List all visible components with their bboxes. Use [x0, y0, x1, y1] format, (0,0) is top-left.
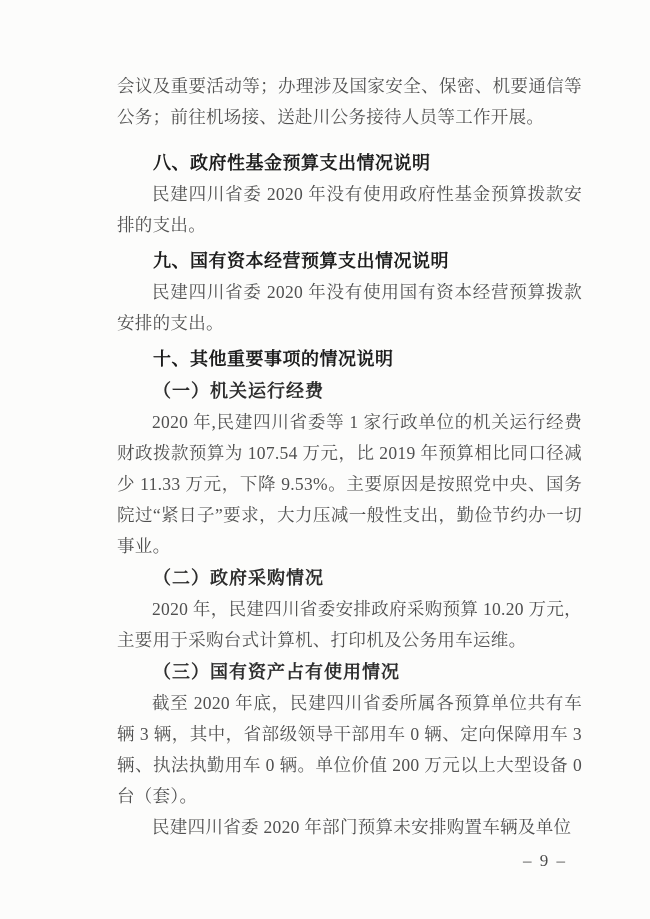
section-heading-9: 九、国有资本经营预算支出情况说明 — [117, 246, 582, 277]
subsection-heading-2: （二）政府采购情况 — [117, 563, 582, 594]
paragraph-agency-operating-funds: 2020 年,民建四川省委等 1 家行政单位的机关运行经费财政拨款预算为 107… — [117, 407, 582, 562]
paragraph-incomplete: 民建四川省委 2020 年部门预算未安排购置车辆及单位 — [117, 812, 582, 843]
paragraph-state-assets: 截至 2020 年底，民建四川省委所属各预算单位共有车辆 3 辆，其中，省部级领… — [117, 688, 582, 812]
section-heading-8: 八、政府性基金预算支出情况说明 — [117, 148, 582, 179]
document-body: 会议及重要活动等；办理涉及国家安全、保密、机要通信等公务；前往机场接、送赴川公务… — [117, 71, 582, 843]
subsection-heading-1: （一）机关运行经费 — [117, 376, 582, 407]
paragraph-section-8: 民建四川省委 2020 年没有使用政府性基金预算拨款安排的支出。 — [117, 179, 582, 241]
document-page: 会议及重要活动等；办理涉及国家安全、保密、机要通信等公务；前往机场接、送赴川公务… — [0, 0, 650, 919]
paragraph-section-9: 民建四川省委 2020 年没有使用国有资本经营预算拨款安排的支出。 — [117, 277, 582, 339]
paragraph-government-procurement: 2020 年，民建四川省委安排政府采购预算 10.20 万元，主要用于采购台式计… — [117, 594, 582, 656]
section-heading-10: 十、其他重要事项的情况说明 — [117, 344, 582, 375]
paragraph-continuation: 会议及重要活动等；办理涉及国家安全、保密、机要通信等公务；前往机场接、送赴川公务… — [117, 71, 582, 133]
page-number: – 9 – — [523, 851, 567, 871]
subsection-heading-3: （三）国有资产占有使用情况 — [117, 657, 582, 688]
